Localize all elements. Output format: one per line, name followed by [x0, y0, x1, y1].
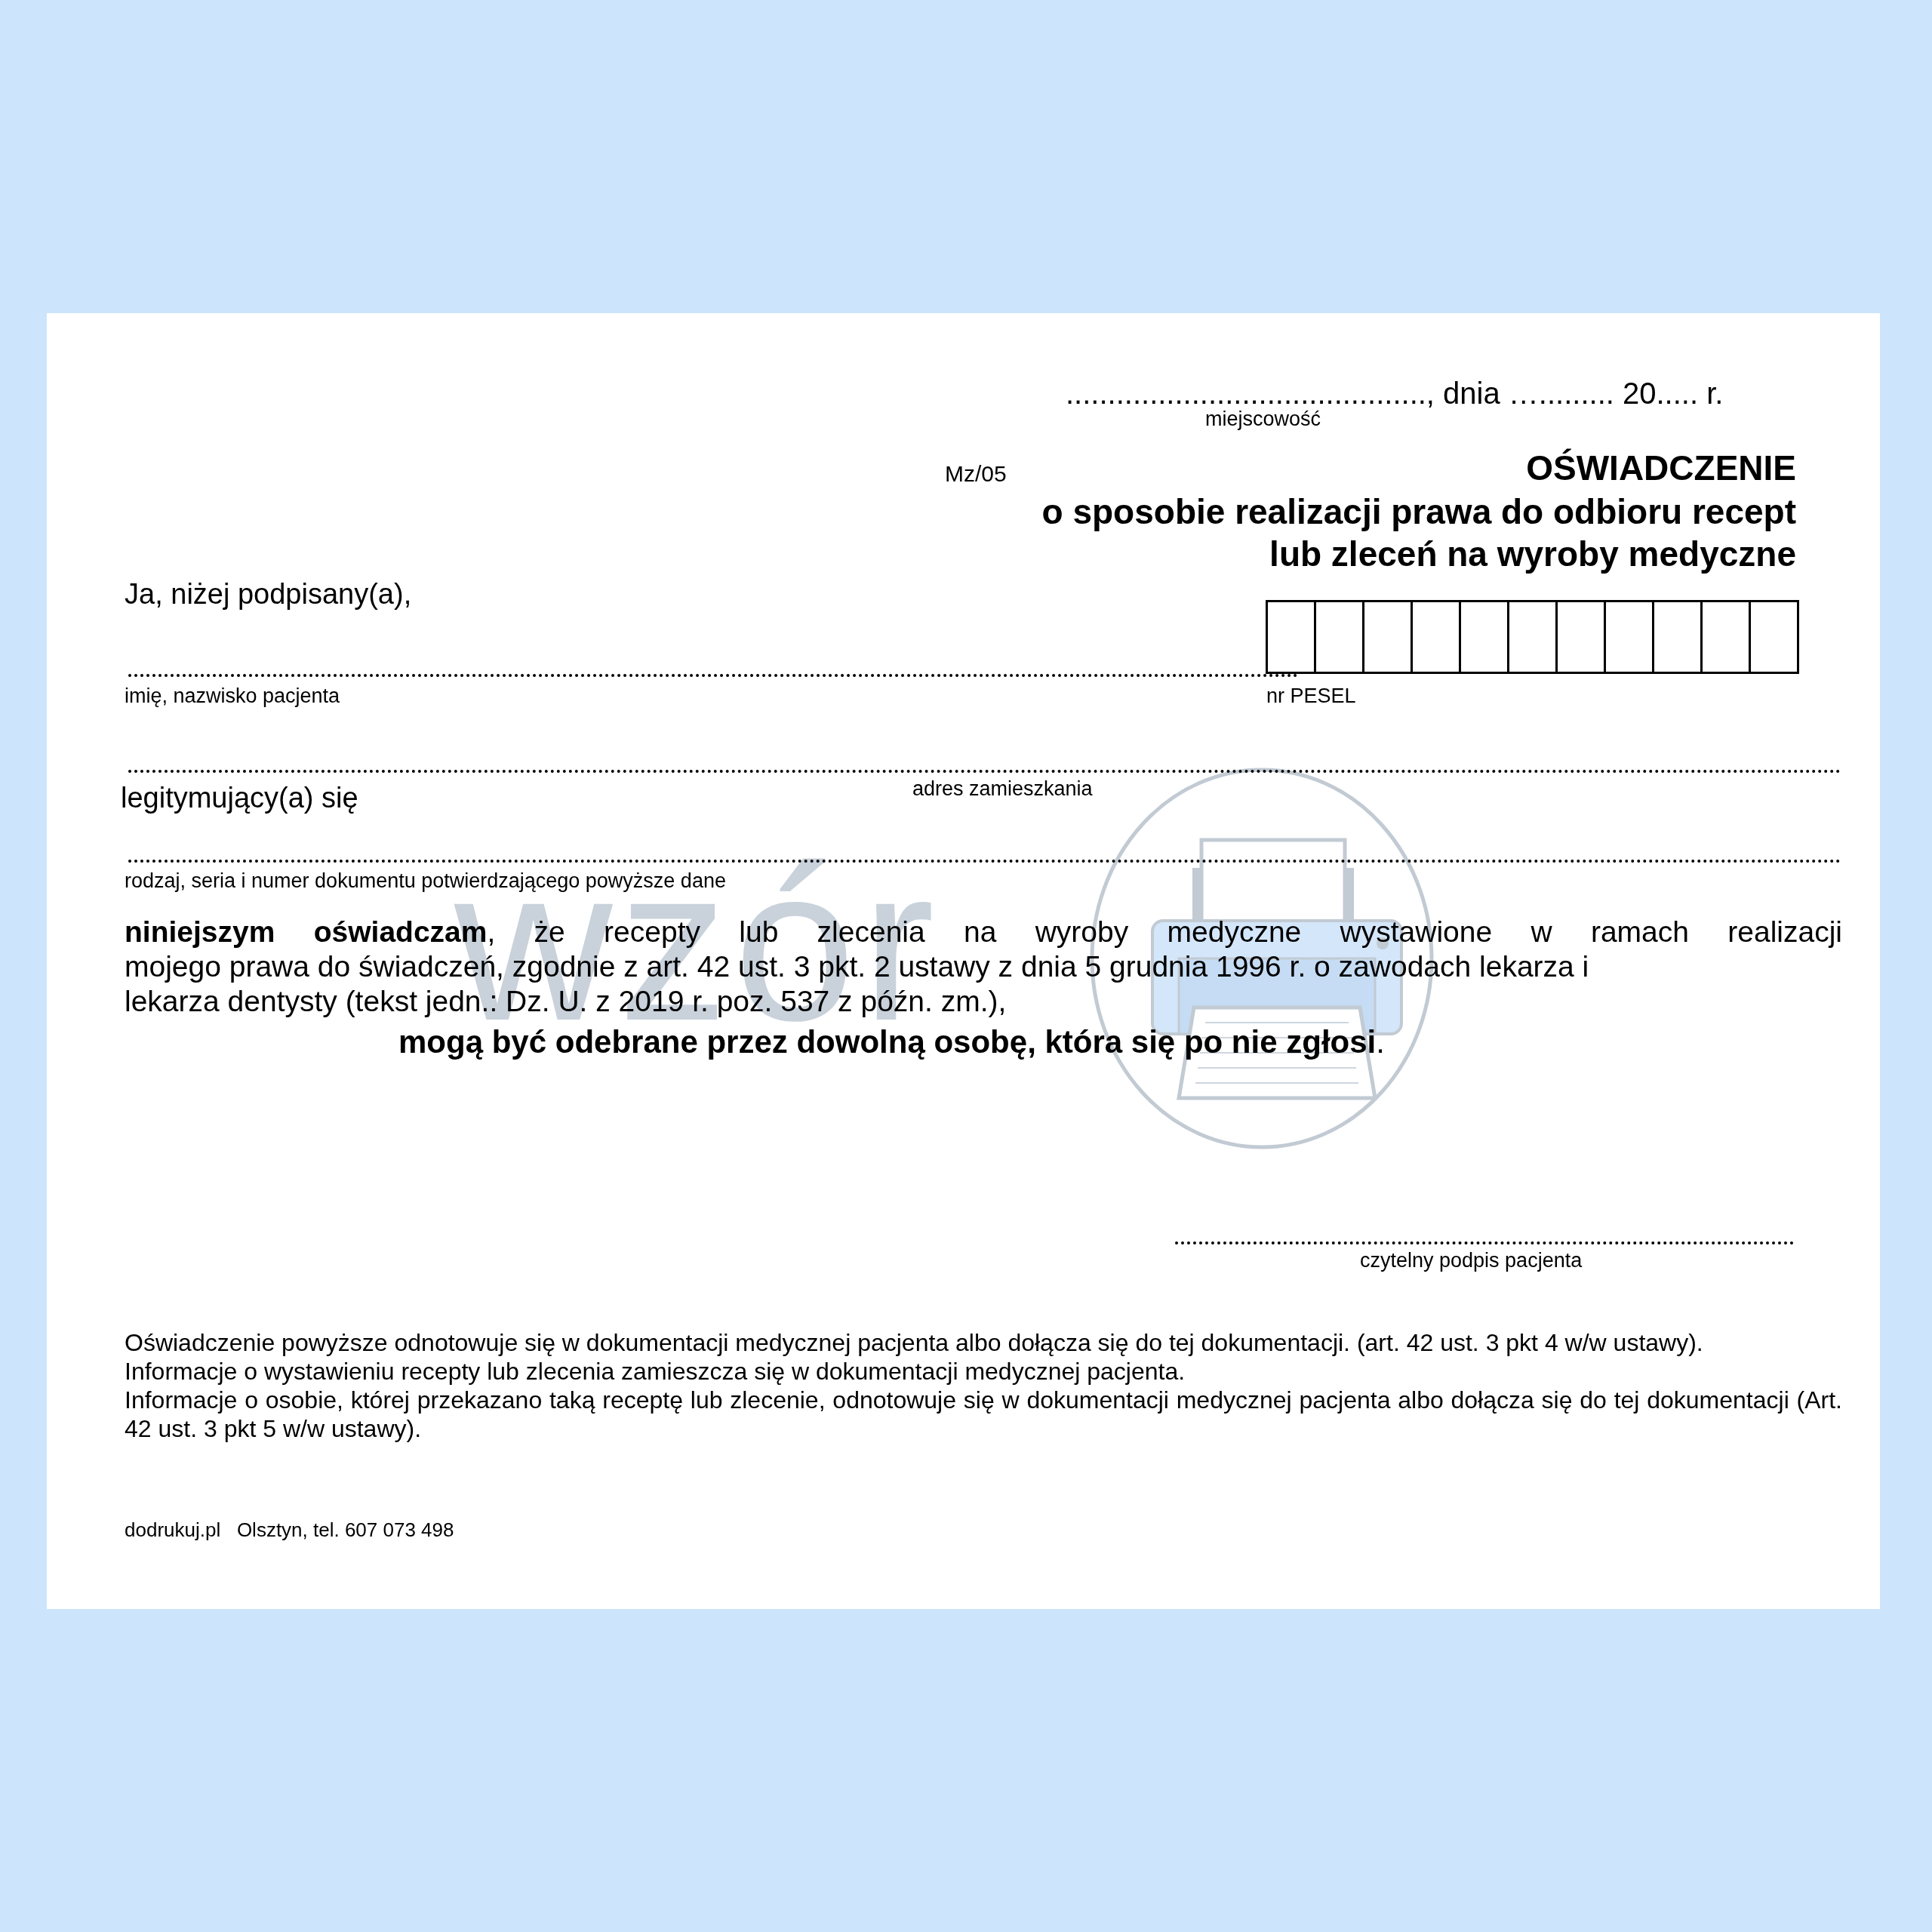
address-field[interactable] [128, 770, 1841, 773]
intro-text: Ja, niżej podpisany(a), [125, 579, 411, 611]
signature-field[interactable] [1175, 1241, 1794, 1244]
pesel-digit-box[interactable] [1654, 602, 1703, 672]
subtitle-line-1: o sposobie realizacji prawa do odbioru r… [1042, 491, 1796, 532]
pesel-digit-box[interactable] [1606, 602, 1654, 672]
pesel-digit-box[interactable] [1268, 602, 1316, 672]
note-2: Informacje o wystawieniu recepty lub zle… [125, 1357, 1842, 1386]
footer: dodrukuj.pl Olsztyn, tel. 607 073 498 [125, 1518, 454, 1542]
pesel-field[interactable] [1266, 600, 1799, 674]
pesel-digit-box[interactable] [1461, 602, 1509, 672]
place-label: miejscowość [1205, 408, 1321, 431]
id-document-field[interactable] [128, 860, 1841, 863]
name-field[interactable] [128, 674, 1298, 677]
form-paper: wzór ...................................… [47, 313, 1880, 1609]
pesel-digit-box[interactable] [1364, 602, 1413, 672]
pesel-digit-box[interactable] [1509, 602, 1558, 672]
pesel-digit-box[interactable] [1316, 602, 1364, 672]
statement-line-3: lekarza dentysty (tekst jedn.: Dz. U. z … [125, 985, 1842, 1020]
publisher-name: dodrukuj.pl [125, 1518, 220, 1541]
form-code: Mz/05 [945, 462, 1007, 488]
statement-bold-lead: niniejszym oświadczam [125, 916, 487, 949]
subtitle-line-2: lub zleceń na wyroby medyczne [1269, 534, 1796, 574]
note-1: Oświadczenie powyższe odnotowuje się w d… [125, 1328, 1842, 1357]
name-label: imię, nazwisko pacjenta [125, 685, 340, 708]
statement-line-2: mojego prawa do świadczeń, zgodnie z art… [125, 950, 1842, 985]
page-title: OŚWIADCZENIE [1526, 448, 1796, 488]
pesel-digit-box[interactable] [1413, 602, 1461, 672]
id-document-label: rodzaj, seria i numer dokumentu potwierd… [125, 869, 726, 893]
pesel-label: nr PESEL [1266, 685, 1356, 708]
statement-conclusion: mogą być odebrane przez dowolną osobę, k… [398, 1024, 1385, 1060]
pesel-digit-box[interactable] [1751, 602, 1797, 672]
publisher-contact: Olsztyn, tel. 607 073 498 [237, 1518, 454, 1541]
pesel-digit-box[interactable] [1703, 602, 1751, 672]
legal-notes: Oświadczenie powyższe odnotowuje się w d… [125, 1328, 1842, 1443]
statement-line-1: niniejszym oświadczam, że recepty lub zl… [125, 915, 1842, 950]
pesel-digit-box[interactable] [1558, 602, 1606, 672]
signature-label: czytelny podpis pacjenta [1360, 1249, 1582, 1272]
address-label: adres zamieszkania [912, 777, 1093, 801]
date-place-line[interactable]: ........................................… [1066, 377, 1723, 411]
id-intro-text: legitymujący(a) się [121, 783, 358, 815]
note-3: Informacje o osobie, której przekazano t… [125, 1386, 1842, 1443]
